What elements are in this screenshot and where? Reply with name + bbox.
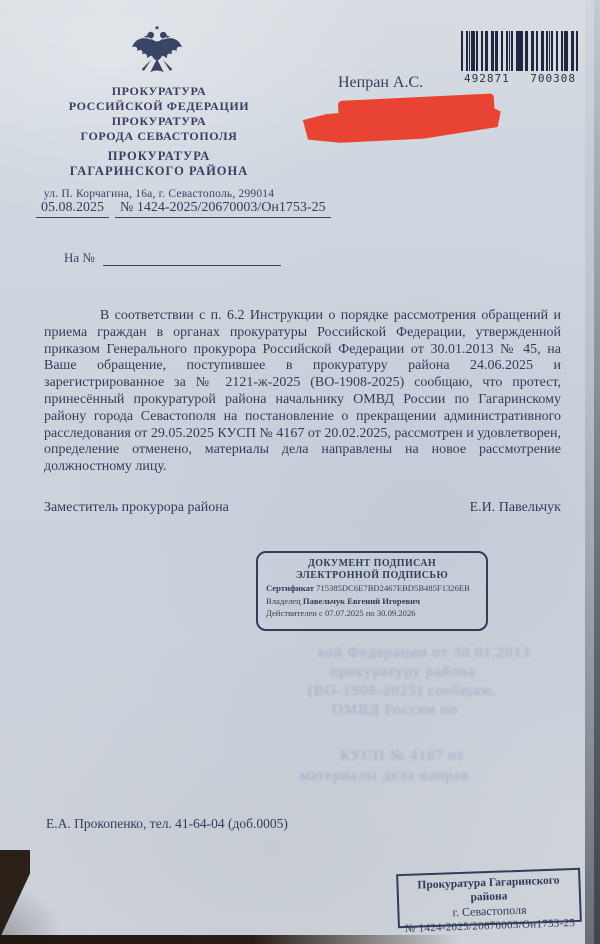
- reference-blank-line: [103, 251, 281, 266]
- esign-certificate: Сертификат 715385DC6E7BD2467EBD5B485F132…: [266, 583, 478, 595]
- org-name-line2: РОССИЙСКОЙ ФЕДЕРАЦИИ: [28, 99, 290, 114]
- signer-title: Заместитель прокурора района: [44, 500, 229, 516]
- desk-background-corner: [0, 850, 30, 944]
- red-marker-stroke-main: [302, 102, 502, 146]
- paper-right-edge-shadow: [585, 0, 600, 944]
- signature-row: Заместитель прокурора района Е.И. Павель…: [44, 500, 561, 516]
- reference-line: На №: [64, 250, 281, 266]
- body-paragraph: В соответствии с п. 6.2 Инструкции о пор…: [44, 308, 561, 476]
- barcode: 492871 700308: [461, 31, 579, 85]
- desk-background-bottom: [0, 935, 460, 944]
- esign-cert-label: Сертификат: [266, 583, 314, 593]
- org-name-line3: ПРОКУРАТУРА: [28, 114, 290, 129]
- dept-name-line2: ГАГАРИНСКОГО РАЙОНА: [28, 164, 290, 179]
- esign-owner: Владелец Павельчук Евгений Игоревич: [266, 596, 478, 608]
- bleedthrough-text-line: КУСП № 4167 от: [340, 748, 465, 765]
- document-date: 05.08.2025: [36, 200, 109, 218]
- org-name-line4: ГОРОДА СЕВАСТОПОЛЯ: [28, 129, 290, 144]
- electronic-signature-stamp: ДОКУМЕНТ ПОДПИСАН ЭЛЕКТРОННОЙ ПОДПИСЬЮ С…: [256, 551, 488, 631]
- bleedthrough-text-line: прокуратуру района: [330, 664, 476, 681]
- recipient-name: Непран А.С.: [338, 74, 423, 92]
- document-number: № 1424-2025/20670003/Он1753-25: [115, 200, 331, 218]
- esign-validity: Действителен с 07.07.2025 по 30.09.2026: [266, 608, 478, 620]
- red-marker-redaction: [302, 90, 506, 150]
- reference-label: На №: [64, 250, 95, 265]
- registration-stamp: Прокуратура Гагаринского района г. Севас…: [396, 868, 582, 928]
- bleedthrough-text-line: (ВО-1908-2025) сообщаю,: [308, 683, 498, 700]
- signer-name: Е.И. Павельчук: [470, 500, 561, 516]
- esign-cert-value: 715385DC6E7BD2467EBD5B485F1326EB: [316, 583, 470, 593]
- esign-title-line1: ДОКУМЕНТ ПОДПИСАН: [266, 558, 478, 570]
- barcode-digits-right: 700308: [530, 72, 576, 85]
- bleedthrough-text-line: материалы дела направ: [300, 768, 469, 785]
- bleedthrough-text-line: кой Федерации от 30.01.2013: [318, 645, 531, 662]
- document-photo: ПРОКУРАТУРА РОССИЙСКОЙ ФЕДЕРАЦИИ ПРОКУРА…: [0, 0, 600, 944]
- esign-owner-value: Павельчук Евгений Игоревич: [303, 596, 420, 606]
- barcode-bars: [461, 31, 579, 71]
- dept-name-line1: ПРОКУРАТУРА: [28, 149, 290, 164]
- outgoing-date-number: 05.08.2025 № 1424-2025/20670003/Он1753-2…: [36, 200, 331, 218]
- esign-valid-value: с 07.07.2025 по 30.09.2026: [319, 608, 416, 618]
- russia-eagle-emblem-icon: [128, 24, 186, 80]
- org-name-line1: ПРОКУРАТУРА: [28, 84, 290, 99]
- esign-title-line2: ЭЛЕКТРОННОЙ ПОДПИСЬЮ: [266, 570, 478, 582]
- esign-valid-label: Действителен: [266, 608, 317, 618]
- esign-owner-label: Владелец: [266, 596, 301, 606]
- letterhead: ПРОКУРАТУРА РОССИЙСКОЙ ФЕДЕРАЦИИ ПРОКУРА…: [28, 84, 290, 202]
- barcode-digits-left: 492871: [464, 72, 510, 85]
- bleedthrough-text-line: ОМВД России по: [332, 702, 458, 719]
